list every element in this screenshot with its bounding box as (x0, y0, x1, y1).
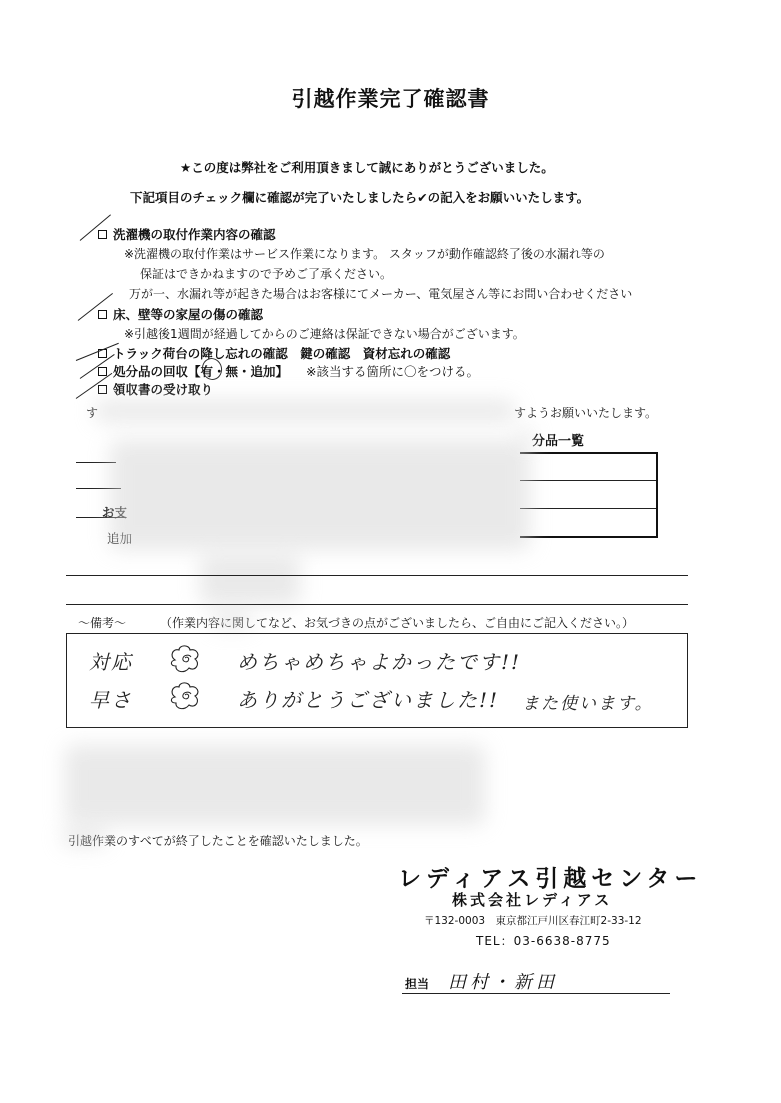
handwritten-comment: ありがとうございました!! (237, 684, 499, 713)
redaction-blur (200, 555, 300, 605)
signature-line (402, 993, 670, 994)
flower-doodle-icon (167, 681, 203, 711)
checklist-item-washer[interactable]: 洗濯機の取付作業内容の確認 (98, 225, 276, 243)
disposal-row (520, 481, 656, 508)
checklist-label: 処分品の回収【有・無・追加】 (113, 362, 288, 380)
checkbox[interactable] (98, 385, 107, 394)
flower-doodle-icon (167, 644, 203, 674)
disposal-row (520, 454, 656, 481)
disposal-list-table (520, 452, 658, 538)
handwritten-label: 早さ (89, 684, 133, 713)
checklist-note: 保証はできかねますので予めご了承ください。 (140, 265, 392, 282)
confirmation-text: 引越作業のすべてが終了したことを確認いたしました。 (68, 832, 368, 849)
handwritten-comment: また使います。 (522, 689, 654, 714)
staff-label: 担当 (405, 975, 429, 992)
checkbox[interactable] (98, 230, 107, 239)
checklist-note: ※洗濯機の取付作業はサービス作業になります。 スタッフが動作確認終了後の水漏れ等… (124, 245, 605, 262)
checklist-label: トラック荷台の降し忘れの確認 鍵の確認 資材忘れの確認 (113, 344, 450, 362)
disposal-list-title: 分品一覧 (532, 430, 584, 449)
company-phone: TEL：03-6638-8775 (476, 932, 611, 949)
form-line (66, 575, 688, 576)
handwritten-comment: めちゃめちゃよかったです!! (237, 646, 521, 675)
company-legal-name: 株式会社レディアス (452, 889, 612, 910)
redaction-blur (62, 828, 107, 846)
redacted-suffix: すようお願いいたします。 (514, 404, 657, 421)
redaction-blur (212, 612, 252, 628)
checklist-item-disposal[interactable]: 処分品の回収【有・無・追加】 ※該当する箇所に〇をつける。 (98, 362, 479, 380)
remarks-label: ～備考～ (78, 614, 126, 631)
disposal-row (520, 509, 656, 536)
redaction-blur (110, 440, 530, 550)
document-title: 引越作業完了確認書 (0, 83, 781, 113)
company-address: 〒132-0003 東京都江戸川区春江町2-33-12 (424, 913, 642, 928)
greeting-text: ★この度は弊社をご利用頂きまして誠にありがとうございました。 (180, 158, 554, 176)
remarks-box[interactable]: 対応 めちゃめちゃよかったです!! 早さ ありがとうございました!! また使いま… (66, 633, 688, 728)
redaction-blur (95, 400, 515, 422)
checklist-item-truck-keys-materials[interactable]: トラック荷台の降し忘れの確認 鍵の確認 資材忘れの確認 (98, 344, 450, 362)
checkbox[interactable] (98, 310, 107, 319)
staff-names: 田村・新田 (448, 968, 558, 994)
checklist-item-receipt[interactable]: 領収書の受け取り (98, 380, 213, 398)
checklist-item-house-damage[interactable]: 床、壁等の家屋の傷の確認 (98, 305, 263, 323)
checklist-note: ※引越後1週間が経過してからのご連絡は保証できない場合がございます。 (124, 325, 525, 342)
redaction-blur (520, 426, 532, 444)
redaction-blur (65, 745, 485, 825)
checklist-label: 領収書の受け取り (113, 380, 213, 398)
checklist-note: 万が一、水漏れ等が起きた場合はお客様にてメーカー、電気屋さん等にお問い合わせくだ… (129, 285, 632, 302)
instruction-text: 下記項目のチェック欄に確認が完了いたしましたら✔の記入をお願いいたします。 (130, 188, 589, 206)
checklist-suffix: ※該当する箇所に〇をつける。 (306, 362, 479, 380)
checkbox[interactable] (98, 367, 107, 376)
form-line (66, 604, 688, 605)
checklist-label: 洗濯機の取付作業内容の確認 (113, 225, 276, 243)
checklist-label: 床、壁等の家屋の傷の確認 (113, 305, 263, 323)
handwritten-label: 対応 (89, 646, 133, 675)
